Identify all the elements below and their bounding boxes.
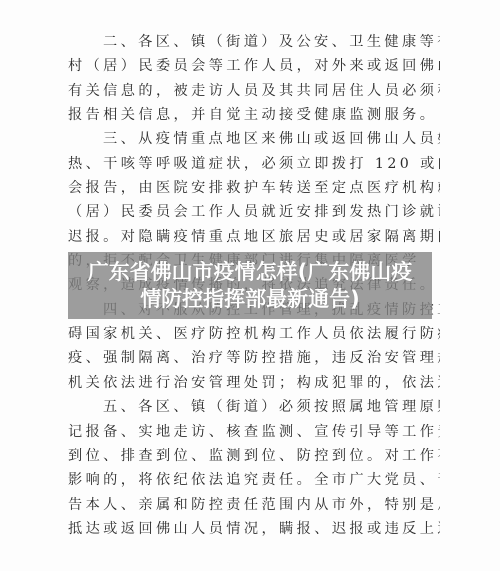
- doc-line: 会报告，由医院安排救护车转送至定点医疗机构就诊，或由村: [68, 176, 440, 200]
- doc-line: 机关依法进行治安管理处罚；构成犯罪的，依法追究刑事责任。: [68, 371, 440, 395]
- doc-line: 记报备、实地走访、核查监测、宣传引导等工作责任，做到宣传: [68, 420, 440, 444]
- doc-line: （居）民委员会工作人员就近安排到发热门诊就诊，严禁瞒报、: [68, 200, 440, 224]
- doc-line: 到位、排查到位、监测到位、防控到位。对工作不到位造成严重: [68, 444, 440, 468]
- doc-line: 告本人、亲属和防控责任范围内从市外，特别是从疫情重点地区: [68, 493, 440, 517]
- doc-line: 有关信息的，被走访人员及其共同居住人员必须积极配合，如实: [68, 79, 440, 103]
- doc-line: 热、干咳等呼吸道症状，必须立即拨打 120 或向村（居）民委员: [68, 152, 440, 176]
- document-page: 二、各区、镇（街道）及公安、卫生健康等有关部门，以及 村（居）民委员会等工作人员…: [0, 0, 500, 571]
- doc-line: 五、各区、镇（街道）必须按照属地管理原则，坚决落实登: [68, 395, 440, 419]
- doc-line: 碍国家机关、医疗防控机构工作人员依法履行防疫消毒、检验检: [68, 322, 440, 346]
- doc-line: 迟报。对隐瞒疫情重点地区旅居史或居家隔离期间擅自离开居所: [68, 225, 440, 249]
- doc-line: 二、各区、镇（街道）及公安、卫生健康等有关部门，以及: [68, 30, 440, 54]
- title-overlay: 广东省佛山市疫情怎样(广东佛山疫情防控指挥部最新通告): [68, 252, 432, 319]
- doc-line: 疫、强制隔离、治疗等防控措施，违反治安管理规定的，由公安: [68, 346, 440, 370]
- doc-line: 影响的，将依纪依法追究责任。全市广大党员、干部应当带头报: [68, 468, 440, 492]
- doc-line: 村（居）民委员会等工作人员，对外来或返回佛山人员走访登记: [68, 54, 440, 78]
- doc-line: 抵达或返回佛山人员情况，瞒报、迟报或违反上述规定的，依纪: [68, 517, 440, 541]
- doc-line: 报告相关信息，并自觉主动接受健康监测服务。: [68, 103, 440, 127]
- overlay-title: 广东省佛山市疫情怎样(广东佛山疫情防控指挥部最新通告): [80, 259, 420, 313]
- doc-line: 三、从疫情重点地区来佛山或返回佛山人员如出现乏力、发: [68, 127, 440, 151]
